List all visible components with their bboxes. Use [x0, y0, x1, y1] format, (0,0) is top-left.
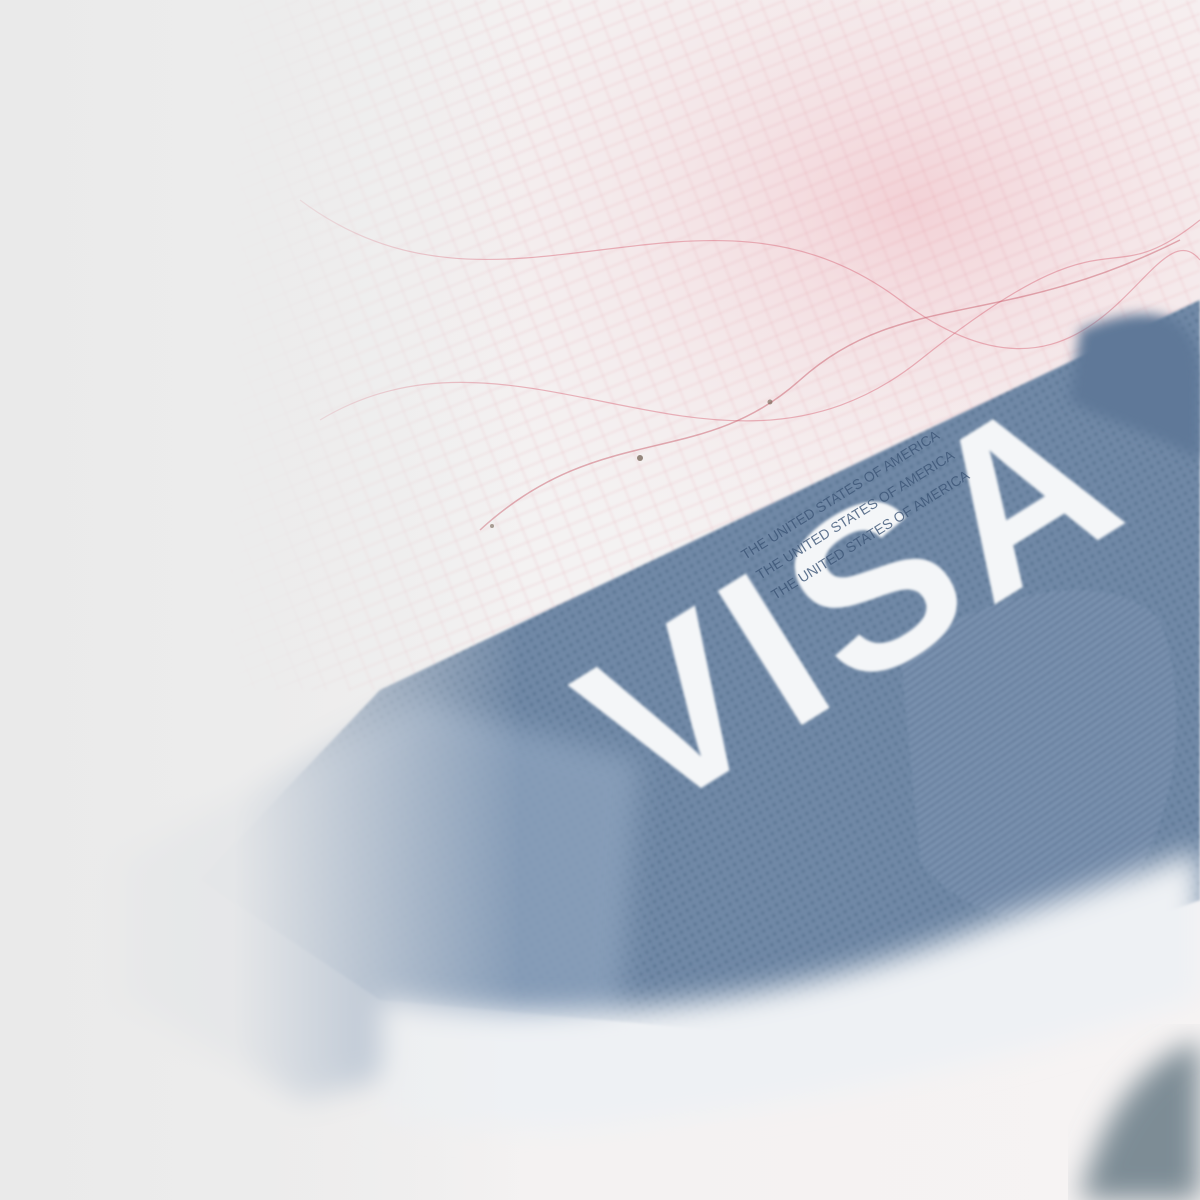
visa-photo: VISA THE UNITED STATES OF AMERICA THE UN…: [0, 0, 1200, 1200]
visa-scene: VISA THE UNITED STATES OF AMERICA THE UN…: [0, 0, 1200, 1200]
